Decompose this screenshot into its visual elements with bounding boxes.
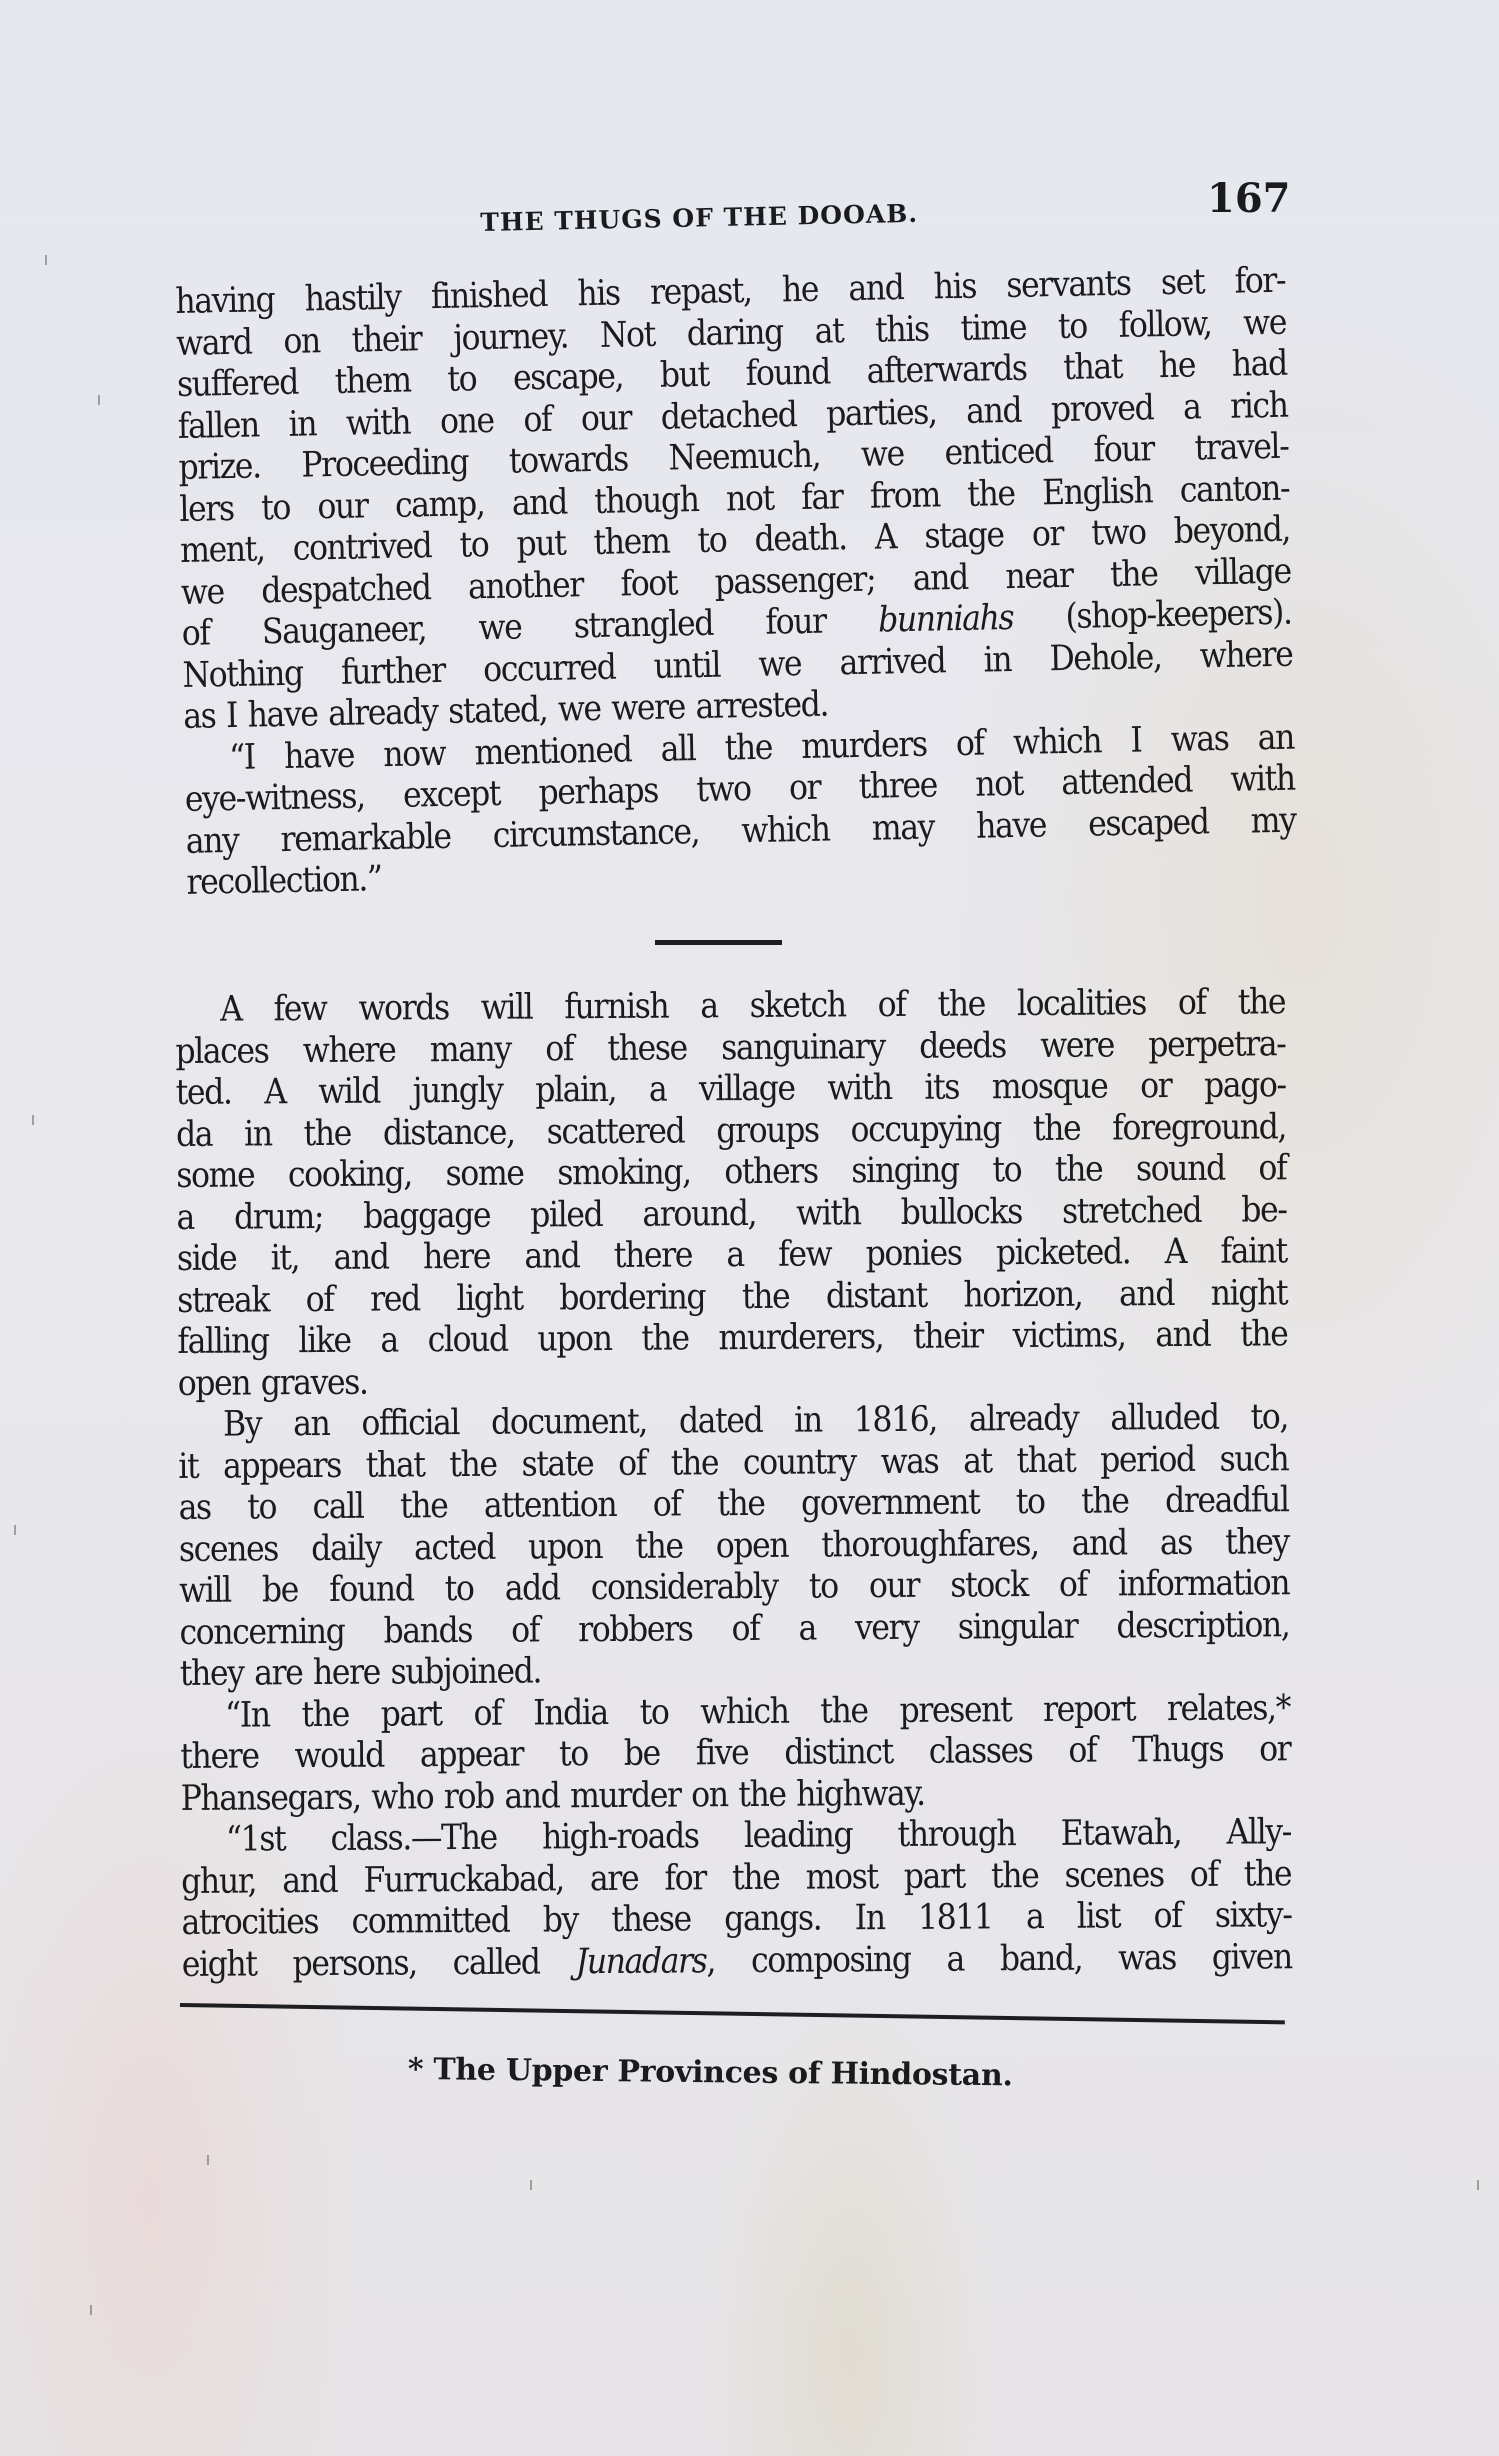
text-segment: , composing a band, was given xyxy=(706,1937,1292,1981)
text-line: there would appear to be five distinct c… xyxy=(180,1729,1290,1778)
page-number: 167 xyxy=(1207,175,1291,222)
text-line: By an official document, dated in 1816, … xyxy=(178,1397,1288,1446)
text-line: “1st class.—The high-roads leading throu… xyxy=(181,1812,1291,1861)
running-title: THE THUGS OF THE DOOAB. xyxy=(480,199,918,237)
paper-speck xyxy=(14,1525,16,1535)
text-line: some cooking, some smoking, others singi… xyxy=(176,1148,1286,1197)
paper-speck xyxy=(98,395,100,405)
footnote: * The Upper Provinces of Hindostan. xyxy=(408,2052,1013,2093)
text-line: concerning bands of robbers of a very si… xyxy=(179,1605,1289,1654)
paragraph-block-1: having hastily finished his repast, he a… xyxy=(175,261,1297,905)
text-line: ted. A wild jungly plain, a village with… xyxy=(176,1065,1286,1114)
paper-speck xyxy=(32,1115,34,1125)
paper-speck xyxy=(530,2180,532,2190)
paper-speck xyxy=(1477,2180,1479,2190)
book-page: THE THUGS OF THE DOOAB. 167 having hasti… xyxy=(0,0,1499,2456)
paragraph-block-2: A few words will furnish a sketch of the… xyxy=(175,982,1292,1986)
text-segment: (shop-keepers). xyxy=(1013,593,1292,638)
text-line: A few words will furnish a sketch of the… xyxy=(175,982,1285,1031)
italic-term: bunniahs xyxy=(878,598,1014,641)
footnote-divider xyxy=(180,2003,1285,2024)
paper-speck xyxy=(90,2305,92,2315)
section-divider xyxy=(655,940,782,945)
text-line: falling like a cloud upon the murderers,… xyxy=(177,1314,1287,1363)
text-line: side it, and here and there a few ponies… xyxy=(177,1231,1287,1280)
text-line: eight persons, called Junadars, composin… xyxy=(182,1937,1292,1986)
paper-speck xyxy=(45,255,47,265)
italic-term: Junadars xyxy=(575,1941,706,1982)
paper-speck xyxy=(207,2155,209,2165)
text-line: will be found to add considerably to our… xyxy=(179,1563,1289,1612)
text-segment: eight persons, called xyxy=(182,1942,576,1985)
text-line: as to call the attention of the governme… xyxy=(178,1480,1288,1529)
